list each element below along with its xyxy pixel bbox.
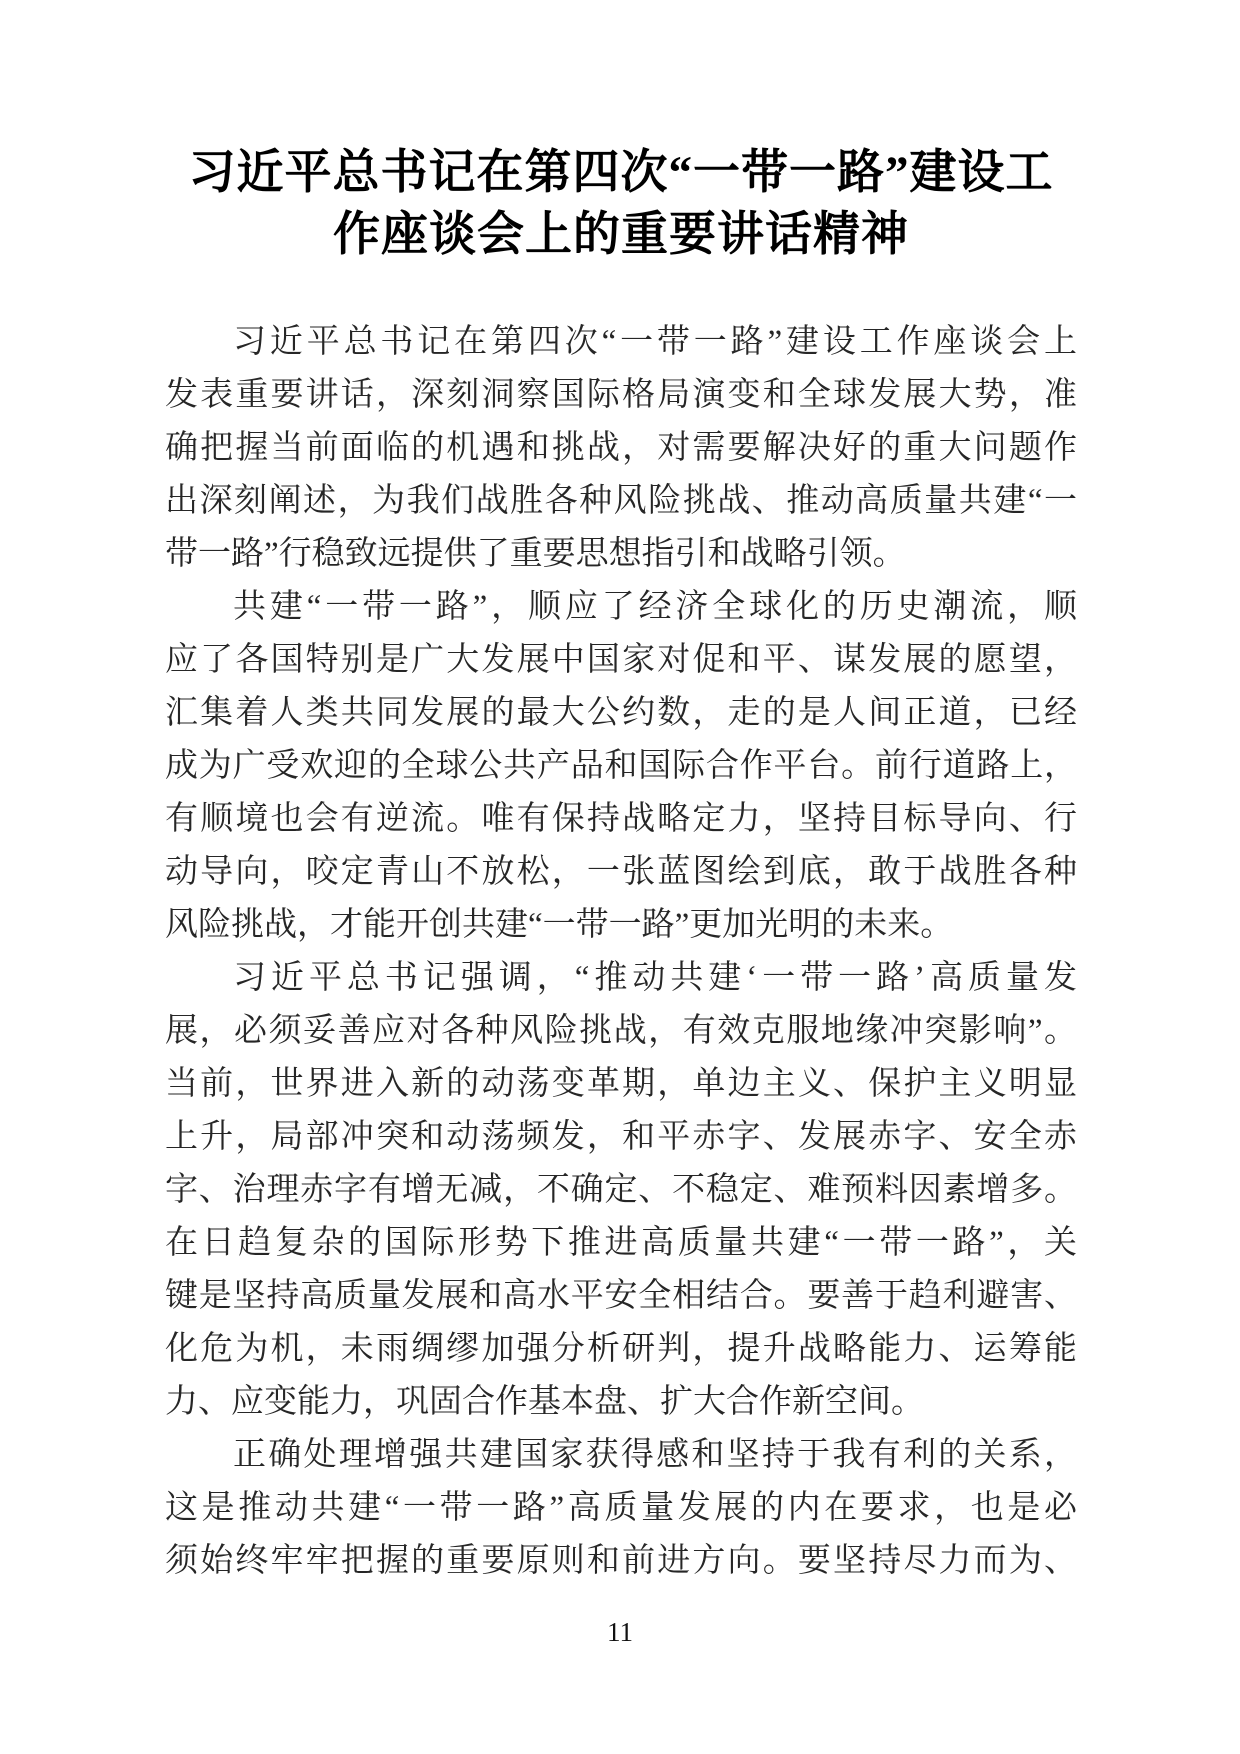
text-line: 力、应变能力，巩固合作基本盘、扩大合作新空间。 bbox=[165, 1376, 1077, 1429]
page-content: 习近平总书记在第四次“一带一路”建设工 作座谈会上的重要讲话精神 习近平总书记在… bbox=[165, 0, 1077, 1754]
text-line: 汇集着人类共同发展的最大公约数，走的是人间正道，已经 bbox=[165, 687, 1077, 740]
page-number: 11 bbox=[0, 1612, 1240, 1652]
text-line: 展，必须妥善应对各种风险挑战，有效克服地缘冲突影响”。 bbox=[165, 1005, 1077, 1058]
text-line: 应了各国特别是广大发展中国家对促和平、谋发展的愿望， bbox=[165, 634, 1077, 687]
text-line: 习近平总书记强调，“推动共建‘一带一路’高质量发 bbox=[165, 952, 1077, 1005]
text-line: 带一路”行稳致远提供了重要思想指引和战略引领。 bbox=[165, 528, 1077, 581]
text-line: 化危为机，未雨绸缪加强分析研判，提升战略能力、运筹能 bbox=[165, 1323, 1077, 1376]
text-line: 在日趋复杂的国际形势下推进高质量共建“一带一路”，关 bbox=[165, 1217, 1077, 1270]
text-line: 发表重要讲话，深刻洞察国际格局演变和全球发展大势，准 bbox=[165, 369, 1077, 422]
text-line: 动导向，咬定青山不放松，一张蓝图绘到底，敢于战胜各种 bbox=[165, 846, 1077, 899]
text-line: 习近平总书记在第四次“一带一路”建设工作座谈会上 bbox=[165, 316, 1077, 369]
text-line: 字、治理赤字有增无减，不确定、不稳定、难预料因素增多。 bbox=[165, 1164, 1077, 1217]
document-title-line: 习近平总书记在第四次“一带一路”建设工 bbox=[165, 142, 1077, 204]
text-line: 出深刻阐述，为我们战胜各种风险挑战、推动高质量共建“一 bbox=[165, 475, 1077, 528]
document-page: 习近平总书记在第四次“一带一路”建设工 作座谈会上的重要讲话精神 习近平总书记在… bbox=[0, 0, 1240, 1754]
text-line: 正确处理增强共建国家获得感和坚持于我有利的关系， bbox=[165, 1429, 1077, 1482]
text-line: 当前，世界进入新的动荡变革期，单边主义、保护主义明显 bbox=[165, 1058, 1077, 1111]
text-line: 须始终牢牢把握的重要原则和前进方向。要坚持尽力而为、 bbox=[165, 1535, 1077, 1588]
text-line: 风险挑战，才能开创共建“一带一路”更加光明的未来。 bbox=[165, 899, 1077, 952]
text-line: 有顺境也会有逆流。唯有保持战略定力，坚持目标导向、行 bbox=[165, 793, 1077, 846]
text-line: 上升，局部冲突和动荡频发，和平赤字、发展赤字、安全赤 bbox=[165, 1111, 1077, 1164]
text-line: 键是坚持高质量发展和高水平安全相结合。要善于趋利避害、 bbox=[165, 1270, 1077, 1323]
text-line: 确把握当前面临的机遇和挑战，对需要解决好的重大问题作 bbox=[165, 422, 1077, 475]
document-title: 习近平总书记在第四次“一带一路”建设工 作座谈会上的重要讲话精神 bbox=[165, 142, 1077, 266]
text-line: 这是推动共建“一带一路”高质量发展的内在要求，也是必 bbox=[165, 1482, 1077, 1535]
document-body: 习近平总书记在第四次“一带一路”建设工作座谈会上 发表重要讲话，深刻洞察国际格局… bbox=[165, 316, 1077, 1588]
document-title-line: 作座谈会上的重要讲话精神 bbox=[165, 204, 1077, 266]
text-line: 共建“一带一路”，顺应了经济全球化的历史潮流，顺 bbox=[165, 581, 1077, 634]
text-line: 成为广受欢迎的全球公共产品和国际合作平台。前行道路上， bbox=[165, 740, 1077, 793]
